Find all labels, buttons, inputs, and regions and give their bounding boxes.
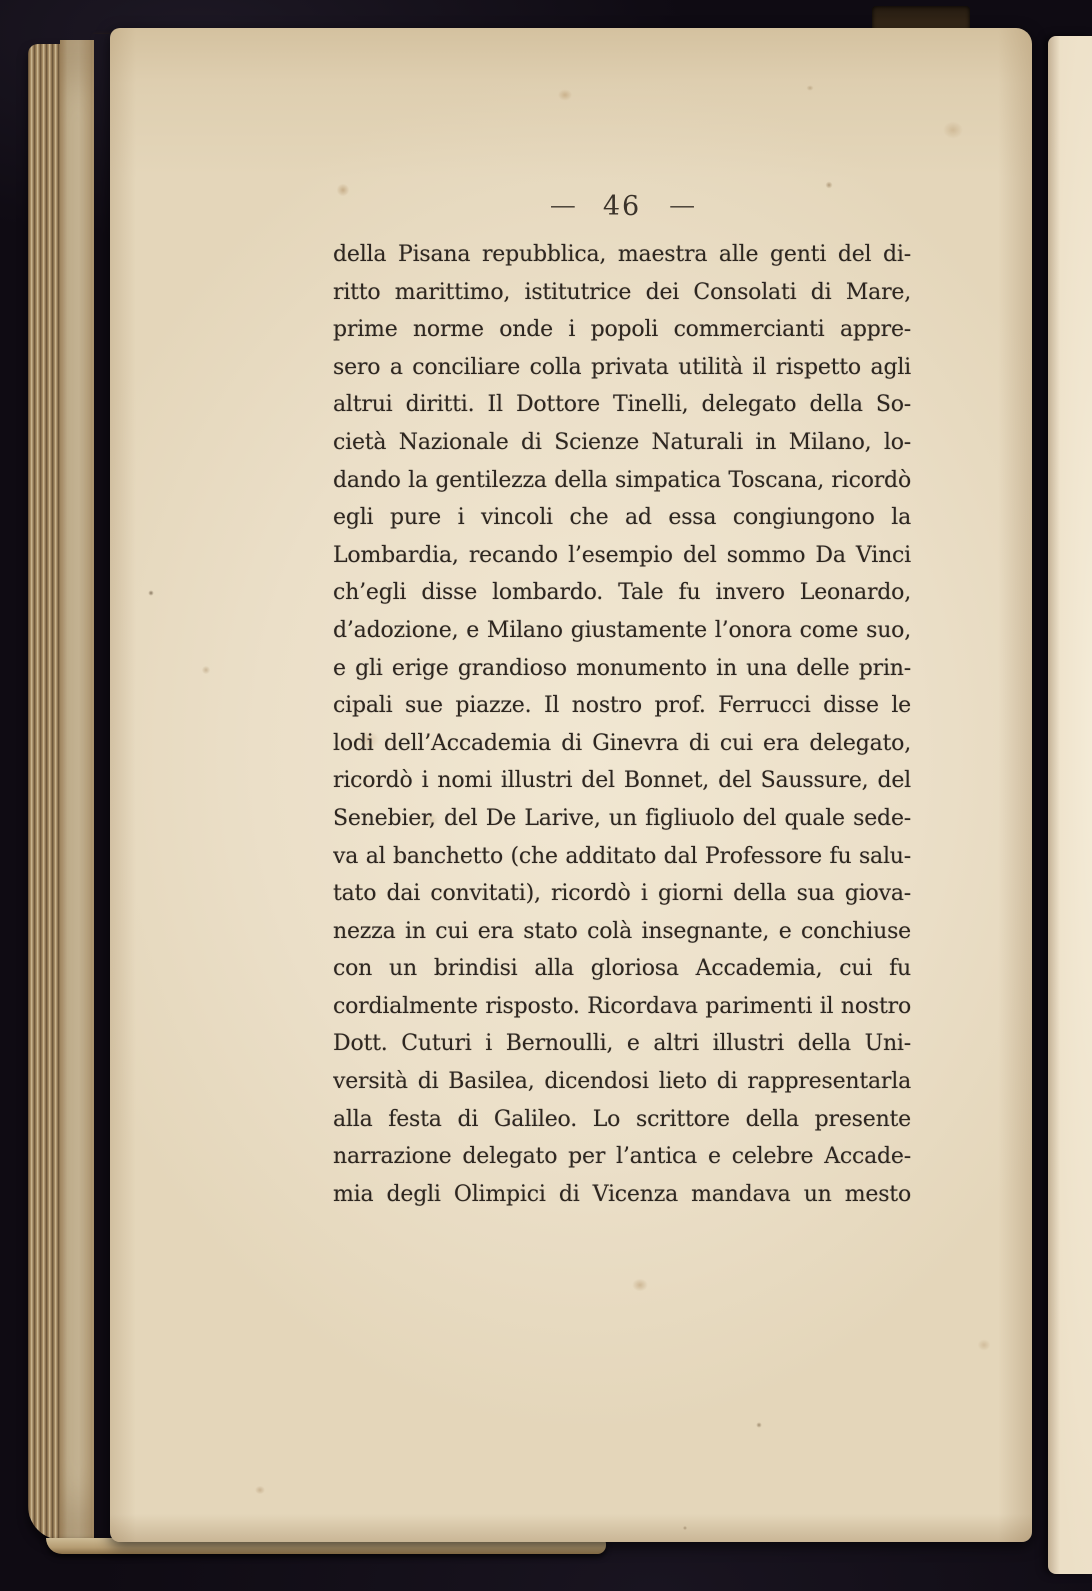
facing-page-edge: [1048, 36, 1092, 1574]
text-line: cietà Nazionale di Scienze Naturali in M…: [333, 424, 911, 462]
folio-dash-left: —: [550, 194, 575, 218]
book-page: — 46 — della Pisana repubblica, maestra …: [110, 28, 1032, 1542]
text-line: altrui diritti. Il Dottore Tinelli, dele…: [333, 386, 911, 424]
text-line: con un brindisi alla gloriosa Accademia,…: [333, 950, 911, 988]
text-line: dando la gentilezza della simpatica Tosc…: [333, 462, 911, 500]
text-line: sero a conciliare colla privata utilità …: [333, 349, 911, 387]
text-line: va al banchetto (che additato dal Profes…: [333, 838, 911, 876]
text-line: tato dai convitati), ricordò i giorni de…: [333, 875, 911, 913]
text-line: Lombardia, recando l’esempio del sommo D…: [333, 537, 911, 575]
text-line: della Pisana repubblica, maestra alle ge…: [333, 236, 911, 274]
text-line: Dott. Cuturi i Bernoulli, e altri illust…: [333, 1025, 911, 1063]
text-line: alla festa di Galileo. Lo scrittore dell…: [333, 1101, 911, 1139]
text-line: mia degli Olimpici di Vicenza mandava un…: [333, 1176, 911, 1214]
page-number: — 46 —: [333, 184, 911, 228]
text-line: lodi dell’Accademia di Ginevra di cui er…: [333, 725, 911, 763]
page-number-value: 46: [603, 191, 641, 222]
text-line: prime norme onde i popoli commercianti a…: [333, 311, 911, 349]
text-line: d’adozione, e Milano giustamente l’onora…: [333, 612, 911, 650]
book-scan-scene: — 46 — della Pisana repubblica, maestra …: [0, 0, 1092, 1591]
text-line: nezza in cui era stato colà insegnante, …: [333, 913, 911, 951]
folio-dash-right: —: [669, 194, 694, 218]
text-line: narrazione delegato per l’antica e celeb…: [333, 1138, 911, 1176]
text-line: ch’egli disse lombardo. Tale fu invero L…: [333, 574, 911, 612]
text-line: cordialmente risposto. Ricordava parimen…: [333, 988, 911, 1026]
page-stack-outer-edge: [28, 44, 64, 1540]
text-line: ricordò i nomi illustri del Bonnet, del …: [333, 762, 911, 800]
text-line: e gli erige grandioso monumento in una d…: [333, 650, 911, 688]
text-line: egli pure i vincoli che ad essa congiung…: [333, 499, 911, 537]
page-text: della Pisana repubblica, maestra alle ge…: [333, 236, 911, 1213]
text-line: versità di Basilea, dicendosi lieto di r…: [333, 1063, 911, 1101]
page-stack-middle-page-edge: [60, 40, 94, 1542]
text-line: cipali sue piazze. Il nostro prof. Ferru…: [333, 687, 911, 725]
text-line: Senebier, del De Larive, un figliuolo de…: [333, 800, 911, 838]
text-line: ritto marittimo, istitutrice dei Consola…: [333, 274, 911, 312]
